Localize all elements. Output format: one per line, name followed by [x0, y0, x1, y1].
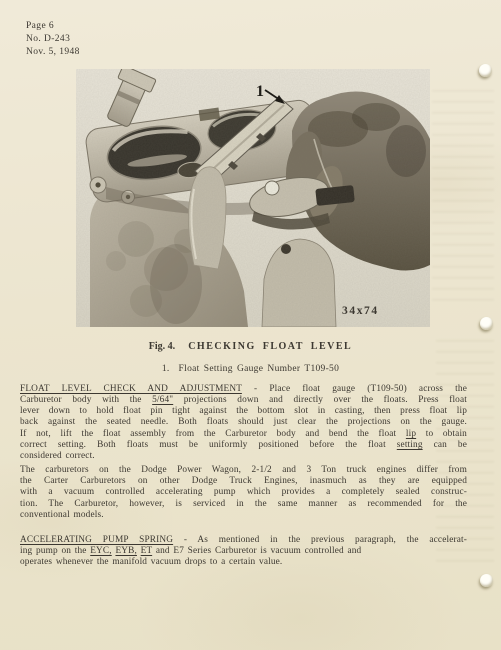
legend-text: Float Setting Gauge Number T109-50 — [179, 364, 340, 374]
carburetor-photo-illustration: 1 — [76, 69, 430, 327]
figure-number: Fig. 4. — [149, 341, 175, 352]
document-header: Page 6 No. D-243 Nov. 5, 1948 — [26, 20, 80, 59]
text-line: Carburetor body with the 5/64" projectio… — [20, 395, 467, 406]
photo-code: 34x74 — [342, 305, 379, 317]
text-line: considered correct. — [20, 451, 467, 462]
body-text: FLOAT LEVEL CHECK AND ADJUSTMENT - Place… — [20, 384, 467, 568]
paragraph-float-level-check: FLOAT LEVEL CHECK AND ADJUSTMENT - Place… — [20, 384, 467, 462]
text-line: tion. The Carburetor, however, is servic… — [20, 499, 467, 510]
paragraph-accelerating-pump-spring: ACCELERATING PUMP SPRING - As mentioned … — [20, 535, 467, 568]
text-line: The carburetors on the Dodge Power Wagon… — [20, 465, 467, 476]
ink-bleed-through — [432, 90, 494, 305]
paragraph-power-wagon-carburetors: The carburetors on the Dodge Power Wagon… — [20, 465, 467, 521]
text-line: ACCELERATING PUMP SPRING - As mentioned … — [20, 535, 467, 546]
punch-hole — [479, 64, 492, 77]
legend-number: 1. — [162, 364, 170, 374]
text-line: the Carter Carburetors on other Dodge Tr… — [20, 476, 467, 487]
figure-title: CHECKING FLOAT LEVEL — [188, 341, 352, 352]
punch-hole — [480, 574, 493, 587]
text-line: conventional models. — [20, 510, 467, 521]
text-line: correct setting. Both floats must be uni… — [20, 440, 467, 451]
text-line: ing pump on the EYC, EYB, ET and E7 Seri… — [20, 546, 467, 557]
text-line: If not, lift the float assembly from the… — [20, 429, 467, 440]
figure-4-photo: 1 — [76, 69, 430, 327]
page-number: Page 6 — [26, 20, 80, 33]
photo-grain — [76, 69, 430, 327]
figure-caption: Fig. 4. CHECKING FLOAT LEVEL — [0, 341, 501, 352]
document-date: Nov. 5, 1948 — [26, 46, 80, 59]
text-line: operates whenever the manifold vacuum dr… — [20, 557, 467, 568]
text-line: FLOAT LEVEL CHECK AND ADJUSTMENT - Place… — [20, 384, 467, 395]
punch-hole — [480, 317, 493, 330]
text-line: back against the seated needle. Both flo… — [20, 417, 467, 428]
text-line: lever down to hold float pin tight again… — [20, 406, 467, 417]
document-number: No. D-243 — [26, 33, 80, 46]
scanned-service-bulletin-page: { "colors": { "paper": "#ece5cf", "ink":… — [0, 0, 501, 650]
text-line: with a vacuum controlled accelerating pu… — [20, 487, 467, 498]
figure-legend: 1. Float Setting Gauge Number T109-50 — [0, 364, 501, 374]
